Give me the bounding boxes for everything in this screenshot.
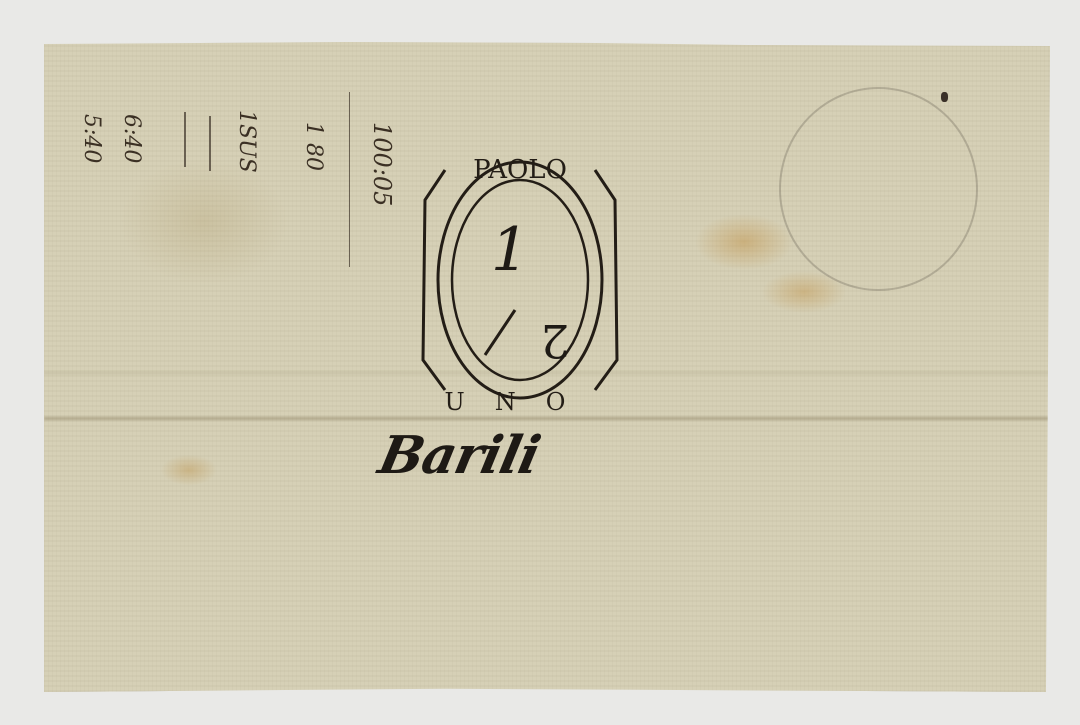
annotation-total: 100:05 <box>368 122 396 206</box>
paolo-uno-postmark: PAOLO UNO 1 2 <box>415 130 625 420</box>
annotation-rate-1: 5:40 <box>79 114 104 163</box>
rule-line <box>209 116 211 171</box>
annotation-rate-4: 1 80 <box>301 122 326 171</box>
annotation-rate-2: 6:40 <box>119 114 144 163</box>
stamp-top-text: PAOLO <box>473 155 567 185</box>
annotation-rate-3: 1SUS <box>234 110 259 173</box>
rule-line <box>349 92 350 267</box>
ink-spot <box>941 92 948 102</box>
faint-postmark <box>779 87 978 291</box>
handwritten-signature: Barili <box>374 425 545 486</box>
stamp-denominator: 2 <box>540 314 569 368</box>
stamp-numerator: 1 <box>491 215 529 285</box>
stamp-bottom-text: UNO <box>445 388 596 416</box>
rule-line <box>184 112 186 167</box>
